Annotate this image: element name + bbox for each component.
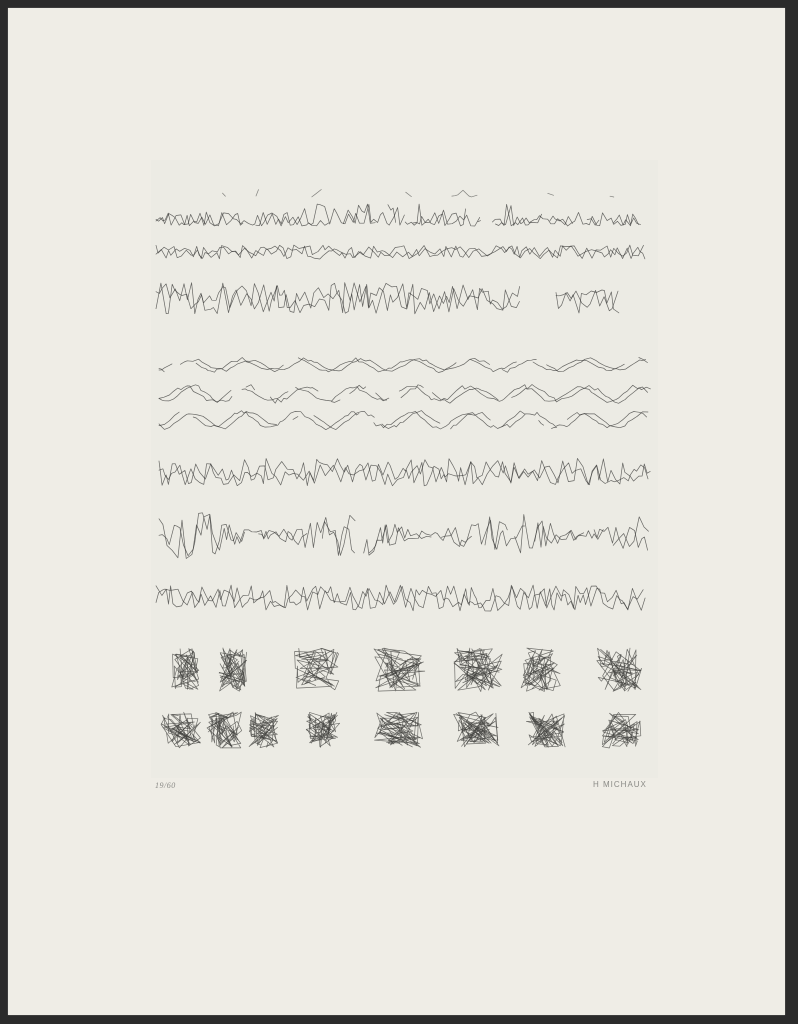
- scribble-line: [159, 358, 646, 373]
- scribble-line: [159, 385, 648, 403]
- etching-plate: [151, 160, 658, 778]
- scribble-line: [159, 358, 648, 373]
- scribble-line: [159, 411, 648, 430]
- scribble-line: [156, 204, 639, 226]
- scribble-line: [602, 713, 641, 748]
- scribble-line: [223, 190, 631, 198]
- artist-signature: H MICHAUX: [593, 780, 647, 789]
- scribble-line: [156, 283, 520, 314]
- scribble-line: [159, 411, 647, 430]
- edition-number: 19/60: [155, 781, 176, 790]
- scribble-line: [556, 290, 618, 311]
- paper-sheet: [8, 8, 785, 1015]
- scribble-line: [156, 245, 645, 259]
- scribble-line: [159, 458, 650, 485]
- scribble-line: [159, 459, 648, 486]
- etched-scribbles: [151, 160, 658, 778]
- scribble-line: [156, 585, 645, 611]
